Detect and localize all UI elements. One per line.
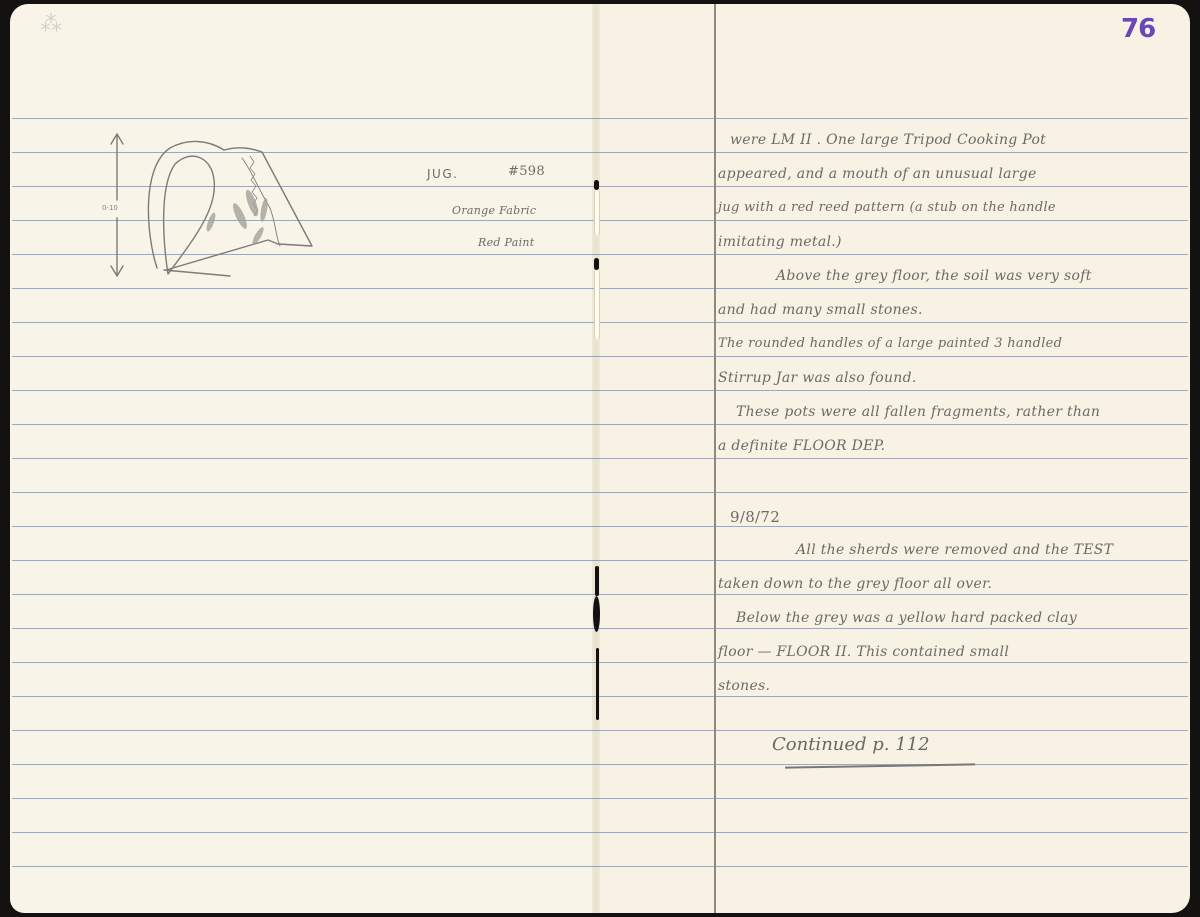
entry-date: 9/8/72	[730, 508, 780, 526]
text-line: stones.	[718, 678, 770, 694]
binding-tear	[594, 190, 600, 236]
binding-stitch	[596, 648, 599, 720]
rule-line	[12, 322, 1188, 323]
rule-line	[12, 492, 1188, 493]
rule-line	[12, 866, 1188, 867]
binding-stitch	[595, 566, 599, 596]
text-line: jug with a red reed pattern (a stub on t…	[718, 200, 1056, 215]
text-line: taken down to the grey floor all over.	[718, 576, 992, 592]
rule-line	[12, 764, 1188, 765]
binding-stitch	[594, 258, 599, 270]
text-line: and had many small stones.	[718, 302, 923, 318]
continued-note: Continued p. 112	[772, 734, 930, 755]
text-line: These pots were all fallen fragments, ra…	[736, 404, 1100, 420]
catalogue-decoration: Red Paint	[478, 236, 535, 249]
text-line: were LM II . One large Tripod Cooking Po…	[730, 132, 1046, 148]
rule-line	[12, 628, 1188, 629]
text-line: a definite FLOOR DEP.	[718, 438, 885, 454]
page-number: 76	[1121, 14, 1155, 44]
rule-line	[12, 696, 1188, 697]
rule-line	[12, 798, 1188, 799]
catalogue-object: JUG.	[427, 167, 458, 181]
binding-stitch	[593, 596, 600, 632]
rule-line	[12, 594, 1188, 595]
margin-line	[714, 4, 716, 913]
text-line: Above the grey floor, the soil was very …	[776, 268, 1092, 284]
text-line: imitating metal.)	[718, 234, 842, 250]
rule-line	[12, 458, 1188, 459]
rule-line	[12, 424, 1188, 425]
rule-line	[12, 662, 1188, 663]
binding-stitch	[594, 180, 599, 190]
text-line: Below the grey was a yellow hard packed …	[736, 610, 1077, 626]
catalogue-number: #598	[508, 164, 545, 179]
text-line: Stirrup Jar was also found.	[718, 370, 917, 386]
scuff-mark: ⁂	[40, 12, 62, 37]
jug-fragment-sketch-icon: 0-10	[100, 128, 330, 288]
rule-line	[12, 356, 1188, 357]
catalogue-fabric: Orange Fabric	[452, 204, 536, 217]
rule-line	[12, 390, 1188, 391]
rule-line	[12, 526, 1188, 527]
rule-line	[12, 832, 1188, 833]
rule-line	[12, 288, 1188, 289]
text-line: appeared, and a mouth of an unusual larg…	[718, 166, 1037, 182]
rule-line	[12, 118, 1188, 119]
dimension-label: 0-10	[102, 204, 118, 212]
rule-line	[12, 560, 1188, 561]
text-line: The rounded handles of a large painted 3…	[718, 336, 1062, 351]
text-line: floor — FLOOR II. This contained small	[718, 644, 1009, 660]
text-line: All the sherds were removed and the TEST	[796, 542, 1113, 558]
notebook-spread: ⁂ 0-10 JUG. #598 Orange	[0, 0, 1200, 917]
binding-tear	[594, 270, 600, 340]
rule-line	[12, 730, 1188, 731]
